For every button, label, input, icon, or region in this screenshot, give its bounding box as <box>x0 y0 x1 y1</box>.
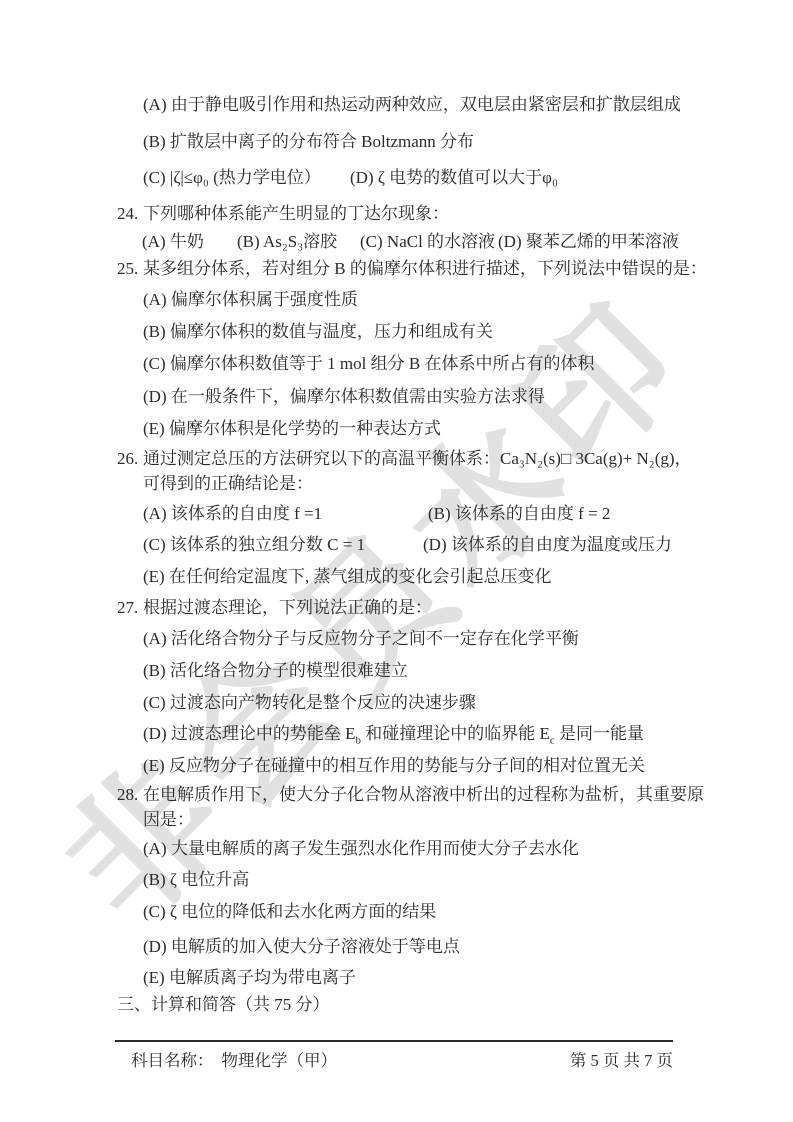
q24-option-a: (A) 牛奶 <box>142 230 204 253</box>
prev-question-option-b: (B) 扩散层中离子的分布符合 Boltzmann 分布 <box>143 130 474 153</box>
q24-option-c: (C) NaCl 的水溶液 <box>360 230 495 253</box>
q26-option-a: (A) 该体系的自由度 f =1 <box>143 502 322 525</box>
question-27-stem: 根据过渡态理论，下列说法正确的是： <box>143 598 432 617</box>
prev-question-option-d: (D) ζ 电势的数值可以大于φ₀ <box>350 166 558 189</box>
footer-divider <box>115 1040 673 1042</box>
question-28-stem-line2: 因是： <box>143 808 194 831</box>
q24-option-b: (B) As₂S₃溶胶 <box>237 230 337 253</box>
q25-option-d: (D) 在一般条件下，偏摩尔体积数值需由实验方法求得 <box>143 385 545 408</box>
question-28-stem-line1: 28.在电解质作用下，使大分子化合物从溶液中析出的过程称为盐析，其重要原 <box>117 783 704 806</box>
q26-option-b: (B) 该体系的自由度 f = 2 <box>428 502 610 525</box>
question-25-stem-line: 25.某多组分体系，若对组分 B 的偏摩尔体积进行描述，下列说法中错误的是： <box>117 257 707 280</box>
question-26-number: 26. <box>117 447 143 470</box>
footer-subject: 科目名称：物理化学（甲） <box>115 1049 337 1072</box>
question-27-stem-line: 27.根据过渡态理论，下列说法正确的是： <box>117 596 432 619</box>
exam-document-page: 非会员水印 (A) 由于静电吸引作用和热运动两种效应，双电层由紧密层和扩散层组成… <box>0 0 793 1122</box>
footer-page-indicator: 第 5 页 共 7 页 <box>570 1049 673 1072</box>
q26-option-e: (E) 在任何给定温度下, 蒸气组成的变化会引起总压变化 <box>143 565 551 588</box>
question-24-stem-line: 24.下列哪种体系能产生明显的丁达尔现象： <box>117 202 449 225</box>
q26-option-d: (D) 该体系的自由度为温度或压力 <box>423 533 672 556</box>
question-28-stem-part1: 在电解质作用下，使大分子化合物从溶液中析出的过程称为盐析，其重要原 <box>143 785 704 804</box>
question-26-stem-line1: 26.通过测定总压的方法研究以下的高温平衡体系：Ca₃N₂(s)□ 3Ca(g)… <box>117 447 692 470</box>
section-heading: 三、计算和简答（共 75 分） <box>117 993 330 1016</box>
question-28-number: 28. <box>117 783 143 806</box>
q28-option-c: (C) ζ 电位的降低和去水化两方面的结果 <box>143 900 436 923</box>
footer-subject-value: 物理化学（甲） <box>222 1051 338 1070</box>
q26-option-c: (C) 该体系的独立组分数 C = 1 <box>143 533 365 556</box>
question-26-stem-line2: 可得到的正确结论是： <box>143 472 313 495</box>
question-27-number: 27. <box>117 596 143 619</box>
question-25-stem: 某多组分体系，若对组分 B 的偏摩尔体积进行描述，下列说法中错误的是： <box>143 259 707 278</box>
question-24-stem: 下列哪种体系能产生明显的丁达尔现象： <box>143 204 449 223</box>
q27-option-a: (A) 活化络合物分子与反应物分子之间不一定存在化学平衡 <box>143 627 579 650</box>
q27-option-c: (C) 过渡态向产物转化是整个反应的决速步骤 <box>143 691 476 714</box>
prev-question-option-a: (A) 由于静电吸引作用和热运动两种效应，双电层由紧密层和扩散层组成 <box>143 93 681 116</box>
question-24-number: 24. <box>117 202 143 225</box>
q28-option-b: (B) ζ 电位升高 <box>143 868 249 891</box>
q28-option-d: (D) 电解质的加入使大分子溶液处于等电点 <box>143 935 460 958</box>
q25-option-c: (C) 偏摩尔体积数值等于 1 mol 组分 B 在体系中所占有的体积 <box>143 352 594 375</box>
q24-option-d: (D) 聚苯乙烯的甲苯溶液 <box>498 230 679 253</box>
q27-option-b: (B) 活化络合物分子的模型很难建立 <box>143 659 408 682</box>
footer: 科目名称：物理化学（甲） 第 5 页 共 7 页 <box>115 1049 673 1072</box>
question-25-number: 25. <box>117 257 143 280</box>
q25-option-e: (E) 偏摩尔体积是化学势的一种表达方式 <box>143 417 441 440</box>
q27-option-e: (E) 反应物分子在碰撞中的相互作用的势能与分子间的相对位置无关 <box>143 754 645 777</box>
q28-option-a: (A) 大量电解质的离子发生强烈水化作用而使大分子去水化 <box>143 837 579 860</box>
footer-subject-label: 科目名称： <box>131 1051 214 1070</box>
prev-question-option-c: (C) |ζ|≤φ₀ (热力学电位） <box>143 166 321 189</box>
question-26-stem-part1: 通过测定总压的方法研究以下的高温平衡体系：Ca₃N₂(s)□ 3Ca(g)+ N… <box>143 449 692 468</box>
q25-option-a: (A) 偏摩尔体积属于强度性质 <box>143 288 358 311</box>
q28-option-e: (E) 电解质离子均为带电离子 <box>143 966 356 989</box>
q27-option-d: (D) 过渡态理论中的势能垒 Eb 和碰撞理论中的临界能 Ec 是同一能量 <box>143 722 644 752</box>
q25-option-b: (B) 偏摩尔体积的数值与温度，压力和组成有关 <box>143 320 493 343</box>
